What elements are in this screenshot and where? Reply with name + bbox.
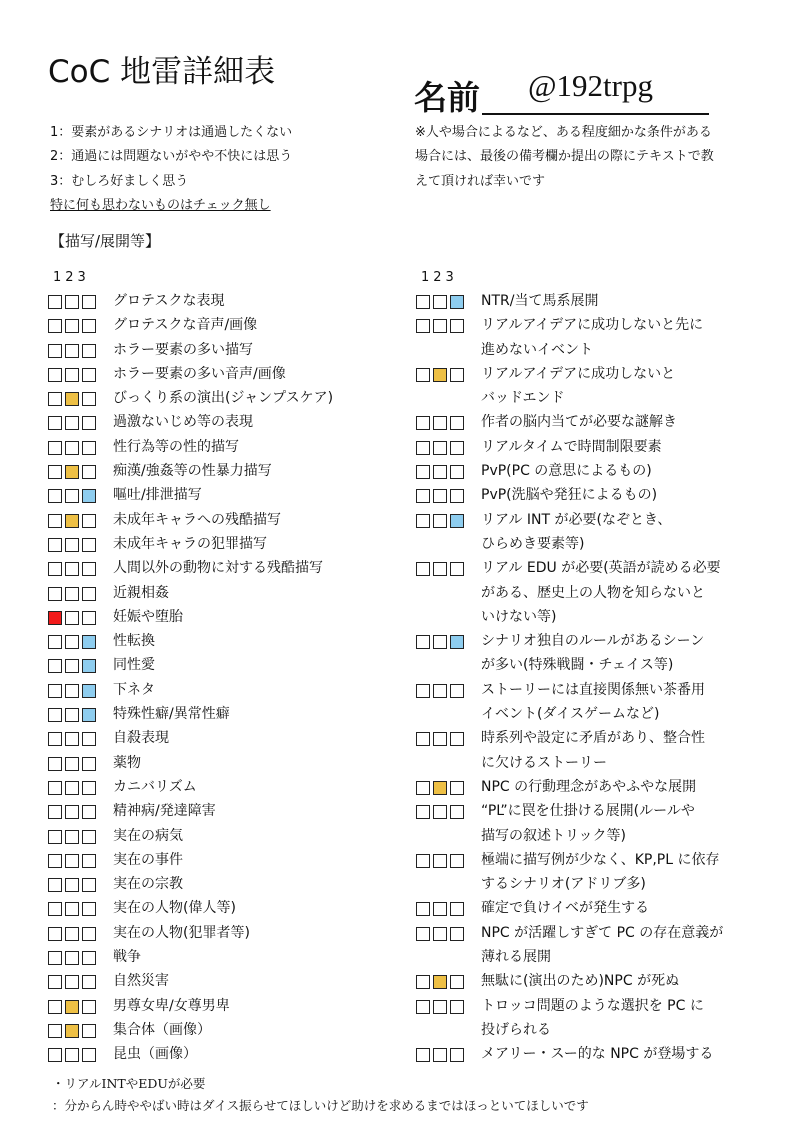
checkbox-level-1[interactable]	[48, 295, 62, 309]
checklist-item: 自然災害	[48, 969, 398, 993]
checklist-item: 同性愛	[48, 653, 398, 677]
item-label: メアリー・スー的な NPC が登場する	[481, 1042, 713, 1066]
checklist-item: 無駄に(演出のため)NPC が死ぬ	[416, 969, 766, 993]
checklist-item: 嘔吐/排泄描写	[48, 483, 398, 507]
checkbox-level-3[interactable]	[450, 1048, 464, 1062]
checkbox-level-3[interactable]	[82, 927, 96, 941]
checkbox-level-2[interactable]	[433, 1000, 447, 1014]
name-label: 名前	[414, 78, 480, 118]
item-label: 実在の事件	[113, 848, 183, 872]
checklist-item: びっくり系の演出(ジャンプスケア)	[48, 386, 398, 410]
right-checklist: 123 NTR/当て馬系展開リアルアイデアに成功しないと先に 進めないイベントリ…	[416, 268, 766, 1067]
checkbox-level-1[interactable]	[48, 878, 62, 892]
note-line: えて頂ければ幸いです	[415, 170, 760, 194]
checkbox-level-2[interactable]	[65, 416, 79, 430]
rating-checkboxes	[416, 726, 464, 745]
checkbox-level-1[interactable]	[48, 902, 62, 916]
checklist-item: 痴漢/強姦等の性暴力描写	[48, 459, 398, 483]
checkbox-level-2[interactable]	[433, 1048, 447, 1062]
checkbox-level-3[interactable]	[82, 295, 96, 309]
checklist-item: 性行為等の性的描写	[48, 435, 398, 459]
checkbox-level-3[interactable]	[82, 684, 96, 698]
checkbox-level-3[interactable]	[82, 1024, 96, 1038]
checkbox-level-2[interactable]	[65, 295, 79, 309]
checkbox-level-2[interactable]	[433, 927, 447, 941]
checkbox-level-3[interactable]	[82, 562, 96, 576]
item-label: グロテスクな表現	[113, 289, 224, 313]
checkbox-level-1[interactable]	[416, 805, 430, 819]
checklist-item: トロッコ問題のような選択を PC に 投げられる	[416, 994, 766, 1043]
checkbox-level-3[interactable]	[450, 781, 464, 795]
checkbox-level-3[interactable]	[82, 781, 96, 795]
checklist-item: 時系列や設定に矛盾があり、整合性 に欠けるストーリー	[416, 726, 766, 775]
checkbox-level-2[interactable]	[65, 392, 79, 406]
rating-checkboxes	[48, 289, 96, 308]
checklist-item: ホラー要素の多い描写	[48, 338, 398, 362]
rating-checkboxes	[416, 508, 464, 527]
rating-checkboxes	[48, 313, 96, 332]
rating-checkboxes	[48, 848, 96, 867]
checkbox-level-1[interactable]	[48, 635, 62, 649]
rating-checkboxes	[48, 362, 96, 381]
checklist-item: PvP(洗脳や発狂によるもの)	[416, 483, 766, 507]
checklist-item: ストーリーには直接関係無い茶番用 イベント(ダイスゲームなど)	[416, 678, 766, 727]
checkbox-level-3[interactable]	[82, 902, 96, 916]
name-underline	[482, 113, 709, 115]
item-label: 下ネタ	[113, 678, 155, 702]
item-label: PvP(洗脳や発狂によるもの)	[481, 483, 657, 507]
checkbox-level-2[interactable]	[433, 562, 447, 576]
checkbox-level-3[interactable]	[82, 538, 96, 552]
checkbox-level-1[interactable]	[48, 368, 62, 382]
page-title: CoC 地雷詳細表	[48, 52, 275, 92]
checkbox-level-1[interactable]	[416, 465, 430, 479]
checkbox-level-1[interactable]	[48, 927, 62, 941]
checkbox-level-1[interactable]	[416, 781, 430, 795]
item-label: 性転換	[113, 629, 155, 653]
checkbox-level-2[interactable]	[65, 514, 79, 528]
checkbox-level-1[interactable]	[416, 1000, 430, 1014]
rating-checkboxes	[48, 410, 96, 429]
rating-checkboxes	[416, 629, 464, 648]
checkbox-level-3[interactable]	[82, 878, 96, 892]
checkbox-level-2[interactable]	[65, 1000, 79, 1014]
item-label: NPC の行動理念があやふやな展開	[481, 775, 696, 799]
checkbox-level-1[interactable]	[416, 854, 430, 868]
checklist-item: 下ネタ	[48, 678, 398, 702]
checkbox-level-1[interactable]	[416, 514, 430, 528]
item-label: 時系列や設定に矛盾があり、整合性 に欠けるストーリー	[481, 726, 705, 775]
checklist-item: 未成年キャラへの残酷描写	[48, 508, 398, 532]
checkbox-level-2[interactable]	[433, 854, 447, 868]
item-label: 実在の人物(犯罪者等)	[113, 921, 250, 945]
checklist-item: 自殺表現	[48, 726, 398, 750]
legend-no-check-note: 特に何も思わないものはチェック無し	[50, 194, 292, 218]
item-label: 男尊女卑/女尊男卑	[113, 994, 230, 1018]
checkbox-level-2[interactable]	[65, 830, 79, 844]
checkbox-level-2[interactable]	[65, 878, 79, 892]
checkbox-level-3[interactable]	[82, 344, 96, 358]
item-label: 同性愛	[113, 653, 155, 677]
checkbox-level-1[interactable]	[48, 975, 62, 989]
checkbox-level-2[interactable]	[65, 319, 79, 333]
section-title: 【描写/展開等】	[50, 229, 160, 253]
checklist-item: 戦争	[48, 945, 398, 969]
rating-checkboxes	[48, 1018, 96, 1037]
checkbox-level-3[interactable]	[82, 708, 96, 722]
checkbox-level-2[interactable]	[65, 635, 79, 649]
checkbox-level-3[interactable]	[450, 975, 464, 989]
item-label: 昆虫（画像）	[113, 1042, 197, 1066]
checkbox-level-2[interactable]	[65, 611, 79, 625]
item-label: 極端に描写例が少なく、KP,PL に依存 するシナリオ(アドリブ多)	[481, 848, 720, 897]
checklist-item: リアル INT が必要(なぞとき、 ひらめき要素等)	[416, 508, 766, 557]
rating-checkboxes	[48, 435, 96, 454]
rating-checkboxes	[48, 726, 96, 745]
checkbox-level-1[interactable]	[416, 562, 430, 576]
checkbox-level-1[interactable]	[48, 562, 62, 576]
item-label: 未成年キャラへの残酷描写	[113, 508, 281, 532]
rating-checkboxes	[416, 313, 464, 332]
checkbox-level-2[interactable]	[65, 781, 79, 795]
checkbox-level-3[interactable]	[450, 514, 464, 528]
checkbox-level-1[interactable]	[48, 344, 62, 358]
checkbox-level-2[interactable]	[433, 368, 447, 382]
checkbox-level-1[interactable]	[48, 319, 62, 333]
checkbox-level-1[interactable]	[416, 927, 430, 941]
checkbox-level-2[interactable]	[65, 562, 79, 576]
checkbox-level-2[interactable]	[65, 587, 79, 601]
item-label: 嘔吐/排泄描写	[113, 483, 202, 507]
rating-checkboxes	[416, 775, 464, 794]
checkbox-level-2[interactable]	[433, 975, 447, 989]
item-label: リアル EDU が必要(英語が読める必要 がある、歴史上の人物を知らないと いけ…	[481, 556, 721, 629]
checkbox-level-3[interactable]	[82, 416, 96, 430]
checkbox-level-1[interactable]	[48, 587, 62, 601]
checkbox-level-2[interactable]	[65, 441, 79, 455]
rating-checkboxes	[48, 775, 96, 794]
checkbox-level-1[interactable]	[48, 684, 62, 698]
checkbox-level-1[interactable]	[416, 975, 430, 989]
checklist-item: グロテスクな表現	[48, 289, 398, 313]
checkbox-level-3[interactable]	[82, 489, 96, 503]
checkbox-level-3[interactable]	[82, 319, 96, 333]
checkbox-level-3[interactable]	[82, 1000, 96, 1014]
checkbox-level-2[interactable]	[433, 489, 447, 503]
checkbox-level-3[interactable]	[450, 489, 464, 503]
checklist-item: 薬物	[48, 751, 398, 775]
checkbox-level-2[interactable]	[65, 684, 79, 698]
checkbox-level-2[interactable]	[65, 732, 79, 746]
checkbox-level-2[interactable]	[433, 684, 447, 698]
checkbox-level-2[interactable]	[65, 465, 79, 479]
item-label: 戦争	[113, 945, 141, 969]
item-label: リアルタイムで時間制限要素	[481, 435, 662, 459]
checkbox-level-3[interactable]	[450, 635, 464, 649]
item-label: 未成年キャラの犯罪描写	[113, 532, 267, 556]
rating-checkboxes	[416, 1042, 464, 1061]
checkbox-level-3[interactable]	[82, 392, 96, 406]
checkbox-level-3[interactable]	[82, 757, 96, 771]
checkbox-level-3[interactable]	[82, 659, 96, 673]
checkbox-level-1[interactable]	[48, 659, 62, 673]
item-label: 作者の脳内当てが必要な謎解き	[481, 410, 677, 434]
checkbox-level-1[interactable]	[416, 368, 430, 382]
checkbox-level-3[interactable]	[450, 319, 464, 333]
rating-checkboxes	[48, 945, 96, 964]
checkbox-level-1[interactable]	[48, 757, 62, 771]
checkbox-level-2[interactable]	[65, 854, 79, 868]
item-label: 痴漢/強姦等の性暴力描写	[113, 459, 272, 483]
checkbox-level-1[interactable]	[48, 732, 62, 746]
checkbox-level-1[interactable]	[48, 781, 62, 795]
item-label: NTR/当て馬系展開	[481, 289, 598, 313]
checkbox-level-3[interactable]	[82, 465, 96, 479]
name-field[interactable]: @192trpg	[528, 66, 653, 106]
rating-checkboxes	[416, 410, 464, 429]
checkbox-level-3[interactable]	[450, 441, 464, 455]
checkbox-level-1[interactable]	[416, 684, 430, 698]
rating-checkboxes	[48, 532, 96, 551]
rating-checkboxes	[48, 483, 96, 502]
item-label: 過激ないじめ等の表現	[113, 410, 253, 434]
checkbox-level-1[interactable]	[48, 1000, 62, 1014]
checkbox-level-3[interactable]	[82, 975, 96, 989]
item-label: 実在の宗教	[113, 872, 183, 896]
rating-checkboxes	[48, 338, 96, 357]
checkbox-level-3[interactable]	[450, 368, 464, 382]
item-label: 確定で負けイベが発生する	[481, 896, 649, 920]
checkbox-level-1[interactable]	[48, 416, 62, 430]
checklist-item: リアル EDU が必要(英語が読める必要 がある、歴史上の人物を知らないと いけ…	[416, 556, 766, 629]
item-label: 薬物	[113, 751, 141, 775]
checkbox-level-2[interactable]	[65, 1024, 79, 1038]
checklist-item: カニバリズム	[48, 775, 398, 799]
rating-checkboxes	[416, 678, 464, 697]
checklist-item: メアリー・スー的な NPC が登場する	[416, 1042, 766, 1066]
checkbox-level-1[interactable]	[48, 708, 62, 722]
checkbox-level-2[interactable]	[65, 538, 79, 552]
rating-checkboxes	[48, 1042, 96, 1061]
checkbox-level-3[interactable]	[450, 295, 464, 309]
checkbox-level-1[interactable]	[48, 514, 62, 528]
rating-checkboxes	[416, 483, 464, 502]
item-label: PvP(PC の意思によるもの)	[481, 459, 652, 483]
checkbox-level-1[interactable]	[416, 295, 430, 309]
checklist-item: グロテスクな音声/画像	[48, 313, 398, 337]
item-label: びっくり系の演出(ジャンプスケア)	[113, 386, 333, 410]
checkbox-level-2[interactable]	[433, 514, 447, 528]
checkbox-level-3[interactable]	[82, 854, 96, 868]
checkbox-level-1[interactable]	[48, 830, 62, 844]
checkbox-level-2[interactable]	[433, 732, 447, 746]
remark-line: ・リアルINTやEDUが必要	[52, 1073, 589, 1095]
checklist-item: 性転換	[48, 629, 398, 653]
checkbox-level-2[interactable]	[65, 1048, 79, 1062]
checklist-item: 極端に描写例が少なく、KP,PL に依存 するシナリオ(アドリブ多)	[416, 848, 766, 897]
item-label: 実在の病気	[113, 824, 183, 848]
checkbox-level-3[interactable]	[82, 441, 96, 455]
checklist-item: 集合体（画像）	[48, 1018, 398, 1042]
checkbox-level-2[interactable]	[433, 319, 447, 333]
checklist-item: リアルアイデアに成功しないと先に 進めないイベント	[416, 313, 766, 362]
checkbox-level-3[interactable]	[82, 805, 96, 819]
checkbox-level-2[interactable]	[65, 902, 79, 916]
checkbox-level-1[interactable]	[48, 854, 62, 868]
remark-line: ：分からん時ややばい時はダイス振らせてほしいけど助けを求めるまではほっといてほし…	[52, 1095, 589, 1117]
item-label: ホラー要素の多い描写	[113, 338, 253, 362]
item-label: リアルアイデアに成功しないと先に 進めないイベント	[481, 313, 703, 362]
checkbox-level-2[interactable]	[65, 659, 79, 673]
checkbox-level-2[interactable]	[433, 465, 447, 479]
checkbox-level-2[interactable]	[433, 781, 447, 795]
rating-checkboxes	[48, 969, 96, 988]
checkbox-level-2[interactable]	[433, 441, 447, 455]
checkbox-level-2[interactable]	[433, 805, 447, 819]
rating-checkboxes	[48, 702, 96, 721]
checkbox-level-2[interactable]	[433, 635, 447, 649]
checkbox-level-2[interactable]	[65, 951, 79, 965]
item-label: カニバリズム	[113, 775, 197, 799]
checklist-item: 実在の事件	[48, 848, 398, 872]
rating-checkboxes	[48, 678, 96, 697]
checkbox-level-3[interactable]	[82, 514, 96, 528]
checklist-item: リアルアイデアに成功しないと バッドエンド	[416, 362, 766, 411]
checkbox-level-1[interactable]	[416, 489, 430, 503]
checkbox-level-1[interactable]	[48, 611, 62, 625]
right-item-list: NTR/当て馬系展開リアルアイデアに成功しないと先に 進めないイベントリアルアイ…	[416, 289, 766, 1067]
rating-checkboxes	[416, 289, 464, 308]
item-label: リアルアイデアに成功しないと バッドエンド	[481, 362, 675, 411]
rating-checkboxes	[416, 556, 464, 575]
rating-checkboxes	[48, 872, 96, 891]
rating-checkboxes	[48, 556, 96, 575]
checkbox-level-3[interactable]	[82, 368, 96, 382]
checkbox-level-1[interactable]	[416, 319, 430, 333]
conditions-note: ※人や場合によるなど、ある程度細かな条件がある 場合には、最後の備考欄か提出の際…	[415, 121, 760, 194]
item-label: トロッコ問題のような選択を PC に 投げられる	[481, 994, 704, 1043]
rating-checkboxes	[48, 751, 96, 770]
column-header-levels: 123	[48, 268, 398, 288]
checkbox-level-3[interactable]	[450, 902, 464, 916]
rating-checkboxes	[416, 896, 464, 915]
checklist-item: 過激ないじめ等の表現	[48, 410, 398, 434]
checklist-item: 男尊女卑/女尊男卑	[48, 994, 398, 1018]
checkbox-level-3[interactable]	[450, 684, 464, 698]
checkbox-level-3[interactable]	[450, 732, 464, 746]
checkbox-level-2[interactable]	[65, 757, 79, 771]
checkbox-level-1[interactable]	[48, 441, 62, 455]
checklist-item: シナリオ独自のルールがあるシーン が多い(特殊戦闘・チェイス等)	[416, 629, 766, 678]
checkbox-level-3[interactable]	[82, 587, 96, 601]
checkbox-level-2[interactable]	[433, 416, 447, 430]
checkbox-level-1[interactable]	[48, 489, 62, 503]
checkbox-level-2[interactable]	[65, 975, 79, 989]
checkbox-level-1[interactable]	[48, 805, 62, 819]
rating-checkboxes	[416, 848, 464, 867]
checkbox-level-3[interactable]	[82, 635, 96, 649]
checkbox-level-2[interactable]	[65, 368, 79, 382]
checklist-item: 確定で負けイベが発生する	[416, 896, 766, 920]
checklist-item: 実在の宗教	[48, 872, 398, 896]
checkbox-level-3[interactable]	[450, 465, 464, 479]
note-line: 場合には、最後の備考欄か提出の際にテキストで教	[415, 145, 760, 169]
checkbox-level-1[interactable]	[416, 902, 430, 916]
checklist-item: 実在の人物(犯罪者等)	[48, 921, 398, 945]
checkbox-level-1[interactable]	[48, 1048, 62, 1062]
checkbox-level-1[interactable]	[416, 1048, 430, 1062]
checkbox-level-3[interactable]	[450, 927, 464, 941]
rating-legend: 1：要素があるシナリオは通過したくない 2：通過には問題ないがやや不快には思う …	[50, 121, 292, 218]
checkbox-level-2[interactable]	[65, 805, 79, 819]
item-label: 無駄に(演出のため)NPC が死ぬ	[481, 969, 679, 993]
checkbox-level-2[interactable]	[65, 344, 79, 358]
checkbox-level-1[interactable]	[416, 635, 430, 649]
checkbox-level-3[interactable]	[450, 854, 464, 868]
rating-checkboxes	[416, 459, 464, 478]
checkbox-level-2[interactable]	[65, 708, 79, 722]
remarks: ・リアルINTやEDUが必要 ：分からん時ややばい時はダイス振らせてほしいけど助…	[52, 1073, 589, 1117]
checklist-item: 未成年キャラの犯罪描写	[48, 532, 398, 556]
item-label: 妊娠や堕胎	[113, 605, 183, 629]
checkbox-level-1[interactable]	[48, 1024, 62, 1038]
item-label: シナリオ独自のルールがあるシーン が多い(特殊戦闘・チェイス等)	[481, 629, 704, 678]
checklist-item: 近親相姦	[48, 581, 398, 605]
rating-checkboxes	[48, 508, 96, 527]
item-label: 実在の人物(偉人等)	[113, 896, 236, 920]
item-label: リアル INT が必要(なぞとき、 ひらめき要素等)	[481, 508, 671, 557]
legend-level-1: 1：要素があるシナリオは通過したくない	[50, 121, 292, 145]
checkbox-level-1[interactable]	[416, 732, 430, 746]
checkbox-level-1[interactable]	[48, 538, 62, 552]
checkbox-level-2[interactable]	[433, 295, 447, 309]
checkbox-level-1[interactable]	[48, 465, 62, 479]
item-label: 性行為等の性的描写	[113, 435, 239, 459]
checkbox-level-2[interactable]	[65, 927, 79, 941]
rating-checkboxes	[48, 921, 96, 940]
checkbox-level-1[interactable]	[48, 392, 62, 406]
item-label: 自殺表現	[113, 726, 169, 750]
checkbox-level-3[interactable]	[450, 805, 464, 819]
checkbox-level-1[interactable]	[48, 951, 62, 965]
checklist-item: 実在の人物(偉人等)	[48, 896, 398, 920]
checkbox-level-3[interactable]	[82, 830, 96, 844]
checklist-item: NPC が活躍しすぎて PC の存在意義が 薄れる展開	[416, 921, 766, 970]
checklist-item: 実在の病気	[48, 824, 398, 848]
checkbox-level-3[interactable]	[82, 611, 96, 625]
rating-checkboxes	[48, 386, 96, 405]
checklist-item: 作者の脳内当てが必要な謎解き	[416, 410, 766, 434]
checkbox-level-3[interactable]	[450, 416, 464, 430]
item-label: 人間以外の動物に対する残酷描写	[113, 556, 323, 580]
checkbox-level-1[interactable]	[416, 441, 430, 455]
column-header-levels: 123	[416, 268, 766, 288]
checkbox-level-3[interactable]	[82, 951, 96, 965]
rating-checkboxes	[416, 921, 464, 940]
rating-checkboxes	[416, 969, 464, 988]
legend-level-2: 2：通過には問題ないがやや不快には思う	[50, 145, 292, 169]
checkbox-level-3[interactable]	[82, 732, 96, 746]
checkbox-level-3[interactable]	[450, 562, 464, 576]
checkbox-level-3[interactable]	[82, 1048, 96, 1062]
left-checklist: 123 グロテスクな表現グロテスクな音声/画像ホラー要素の多い描写ホラー要素の多…	[48, 268, 398, 1067]
checkbox-level-1[interactable]	[416, 416, 430, 430]
checklist-item: リアルタイムで時間制限要素	[416, 435, 766, 459]
checklist-item: 妊娠や堕胎	[48, 605, 398, 629]
checkbox-level-3[interactable]	[450, 1000, 464, 1014]
checkbox-level-2[interactable]	[433, 902, 447, 916]
checkbox-level-2[interactable]	[65, 489, 79, 503]
